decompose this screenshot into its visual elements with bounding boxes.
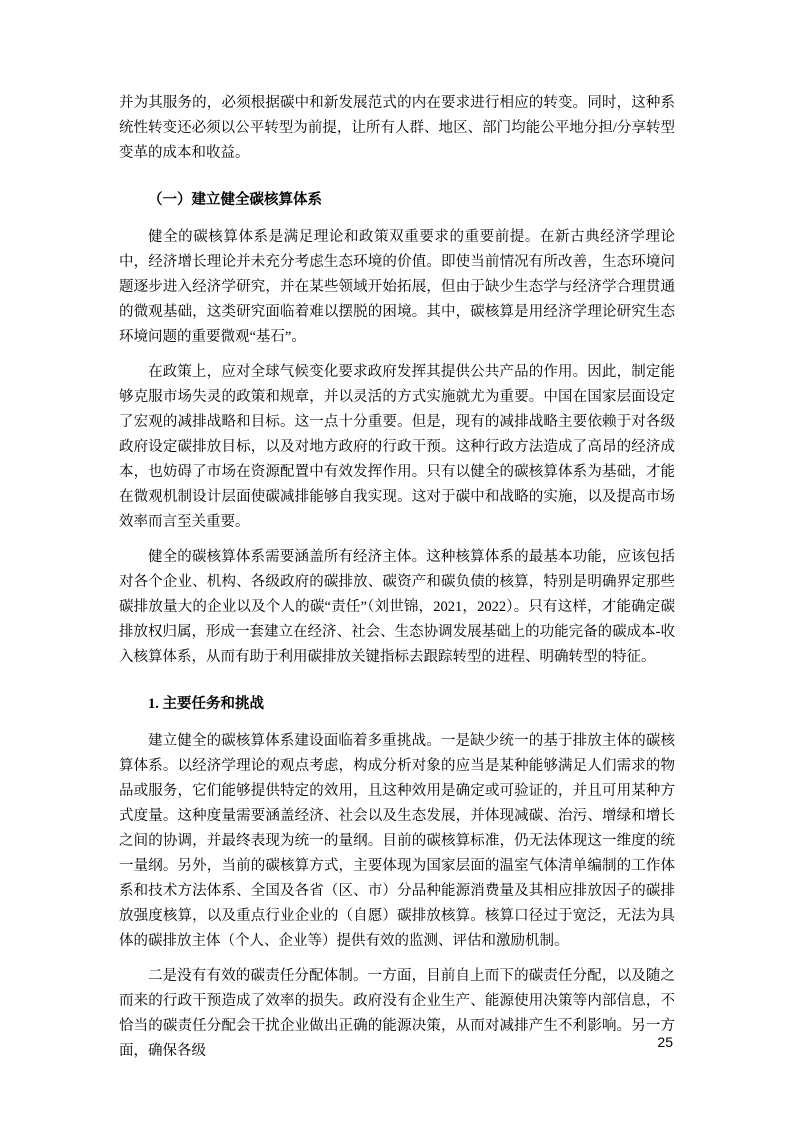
document-page: 并为其服务的，必须根据碳中和新发展范式的内在要求进行相应的转变。同时，这种系统性… bbox=[0, 0, 793, 1122]
paragraph: 健全的碳核算体系需要涵盖所有经济主体。这种核算体系的最基本功能，应该包括对各个企… bbox=[119, 545, 675, 670]
page-content: 并为其服务的，必须根据碳中和新发展范式的内在要求进行相应的转变。同时，这种系统性… bbox=[119, 91, 675, 1074]
paragraph: 建立健全的碳核算体系建设面临着多重挑战。一是缺少统一的基于排放主体的碳核算体系。… bbox=[119, 729, 675, 954]
subsection-heading: 1. 主要任务和挑战 bbox=[119, 692, 675, 717]
paragraph-continued: 并为其服务的，必须根据碳中和新发展范式的内在要求进行相应的转变。同时，这种系统性… bbox=[119, 91, 675, 166]
section-heading: （一）建立健全碳核算体系 bbox=[119, 188, 675, 213]
page-number: 25 bbox=[657, 1034, 673, 1050]
page-footer: 25 bbox=[473, 1034, 673, 1052]
paragraph: 在政策上，应对全球气候变化要求政府发挥其提供公共产品的作用。因此，制定能够克服市… bbox=[119, 360, 675, 535]
paragraph: 健全的碳核算体系是满足理论和政策双重要求的重要前提。在新古典经济学理论中，经济增… bbox=[119, 225, 675, 350]
